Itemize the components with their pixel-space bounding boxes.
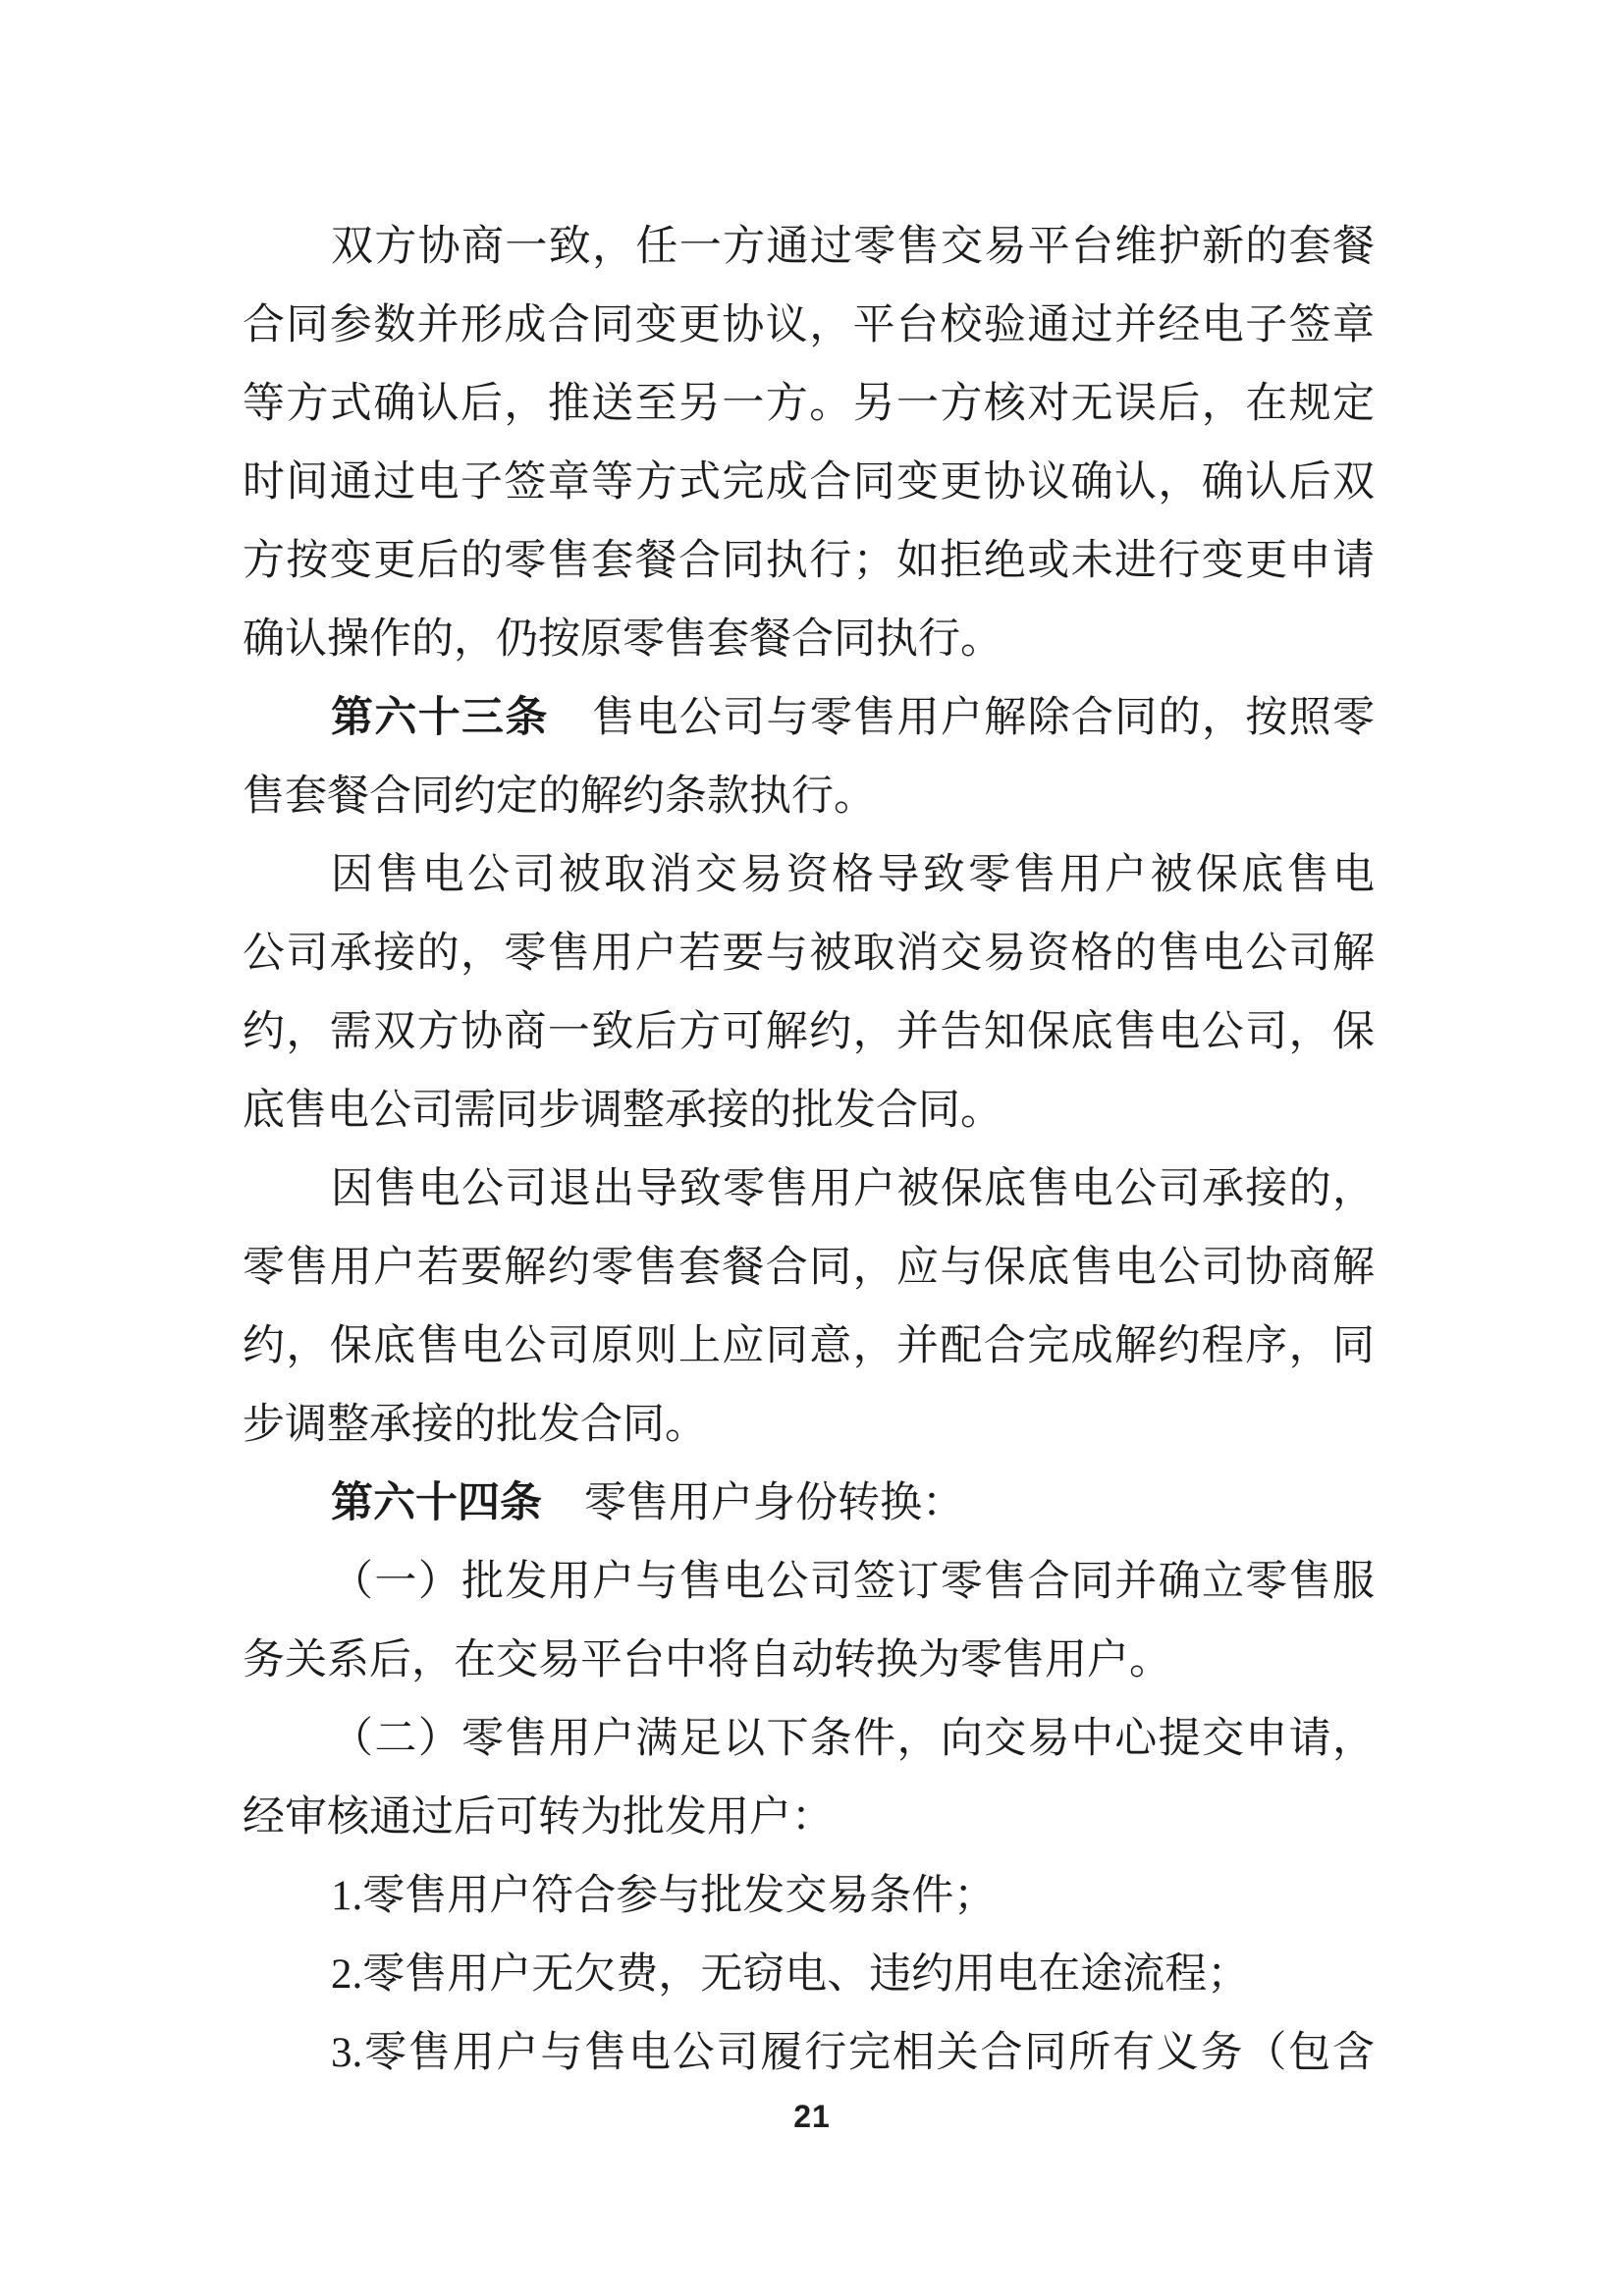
text-segment: 步调整承接的批发合同。 (243, 1402, 707, 1448)
text-block: 双方协商一致，任一方通过零售交易平台维护新的套餐合同参数并形成合同变更协议，平台… (243, 208, 1375, 2093)
text-segment: 1.零售用户符合参与批发交易条件； (331, 1873, 996, 1919)
text-line: 步调整承接的批发合同。 (243, 1386, 1375, 1465)
text-segment: 底售电公司需同步调整承接的批发合同。 (243, 1088, 1002, 1134)
text-segment: 公司承接的，零售用户若要与被取消交易资格的售电公司解 (243, 931, 1375, 977)
text-segment: 售套餐合同约定的解约条款执行。 (243, 774, 876, 820)
text-segment: 零售用户身份转换： (542, 1480, 964, 1526)
text-line: （二）零售用户满足以下条件，向交易中心提交申请， (243, 1700, 1375, 1779)
text-line: （一）批发用户与售电公司签订零售合同并确立零售服 (243, 1543, 1375, 1622)
text-segment: 确认操作的，仍按原零售套餐合同执行。 (243, 616, 1002, 663)
text-line: 第六十三条 售电公司与零售用户解除合同的，按照零 (243, 679, 1375, 758)
text-segment: 双方协商一致，任一方通过零售交易平台维护新的套餐 (331, 224, 1375, 270)
article-heading: 第六十四条 (331, 1480, 542, 1526)
text-line: 零售用户若要解约零售套餐合同，应与保底售电公司协商解 (243, 1229, 1375, 1308)
text-segment: 因售电公司退出导致零售用户被保底售电公司承接的， (331, 1166, 1375, 1212)
text-segment: 零售用户若要解约零售套餐合同，应与保底售电公司协商解 (243, 1245, 1375, 1291)
text-line: 确认操作的，仍按原零售套餐合同执行。 (243, 601, 1375, 679)
text-segment: 务关系后，在交易平台中将自动转换为零售用户。 (243, 1637, 1171, 1683)
text-line: 因售电公司退出导致零售用户被保底售电公司承接的， (243, 1150, 1375, 1229)
text-line: 等方式确认后，推送至另一方。另一方核对无误后，在规定 (243, 365, 1375, 444)
document-page: 双方协商一致，任一方通过零售交易平台维护新的套餐合同参数并形成合同变更协议，平台… (0, 0, 1624, 2296)
text-segment: （二）零售用户满足以下条件，向交易中心提交申请， (331, 1716, 1375, 1762)
text-line: 售套餐合同约定的解约条款执行。 (243, 758, 1375, 836)
text-line: 2.零售用户无欠费，无窃电、违约用电在途流程； (243, 1936, 1375, 2014)
text-segment: 售电公司与零售用户解除合同的，按照零 (549, 695, 1375, 741)
page-number: 21 (0, 2099, 1624, 2135)
text-line: 合同参数并形成合同变更协议，平台校验通过并经电子签章 (243, 287, 1375, 365)
text-segment: 时间通过电子签章等方式完成合同变更协议确认，确认后双 (243, 459, 1375, 506)
text-line: 第六十四条 零售用户身份转换： (243, 1465, 1375, 1543)
text-segment: 3.零售用户与售电公司履行完相关合同所有义务（包含 (331, 2030, 1375, 2076)
text-segment: 2.零售用户无欠费，无窃电、违约用电在途流程； (331, 1951, 1249, 1998)
text-segment: 因售电公司被取消交易资格导致零售用户被保底售电 (331, 852, 1375, 898)
text-line: 务关系后，在交易平台中将自动转换为零售用户。 (243, 1622, 1375, 1700)
text-line: 经审核通过后可转为批发用户： (243, 1779, 1375, 1857)
article-heading: 第六十三条 (331, 695, 549, 741)
text-line: 方按变更后的零售套餐合同执行；如拒绝或未进行变更申请 (243, 522, 1375, 601)
text-line: 因售电公司被取消交易资格导致零售用户被保底售电 (243, 836, 1375, 915)
text-line: 公司承接的，零售用户若要与被取消交易资格的售电公司解 (243, 915, 1375, 993)
text-segment: （一）批发用户与售电公司签订零售合同并确立零售服 (331, 1559, 1375, 1605)
text-segment: 约，需双方协商一致后方可解约，并告知保底售电公司，保 (243, 1009, 1375, 1055)
text-segment: 等方式确认后，推送至另一方。另一方核对无误后，在规定 (243, 381, 1375, 427)
text-line: 双方协商一致，任一方通过零售交易平台维护新的套餐 (243, 208, 1375, 287)
text-line: 时间通过电子签章等方式完成合同变更协议确认，确认后双 (243, 444, 1375, 522)
text-line: 底售电公司需同步调整承接的批发合同。 (243, 1072, 1375, 1150)
text-line: 1.零售用户符合参与批发交易条件； (243, 1857, 1375, 1936)
text-line: 3.零售用户与售电公司履行完相关合同所有义务（包含 (243, 2014, 1375, 2093)
text-segment: 约，保底售电公司原则上应同意，并配合完成解约程序，同 (243, 1323, 1375, 1369)
text-segment: 经审核通过后可转为批发用户： (243, 1794, 834, 1841)
text-segment: 方按变更后的零售套餐合同执行；如拒绝或未进行变更申请 (243, 538, 1375, 584)
text-line: 约，需双方协商一致后方可解约，并告知保底售电公司，保 (243, 993, 1375, 1072)
text-segment: 合同参数并形成合同变更协议，平台校验通过并经电子签章 (243, 302, 1375, 348)
text-line: 约，保底售电公司原则上应同意，并配合完成解约程序，同 (243, 1308, 1375, 1386)
